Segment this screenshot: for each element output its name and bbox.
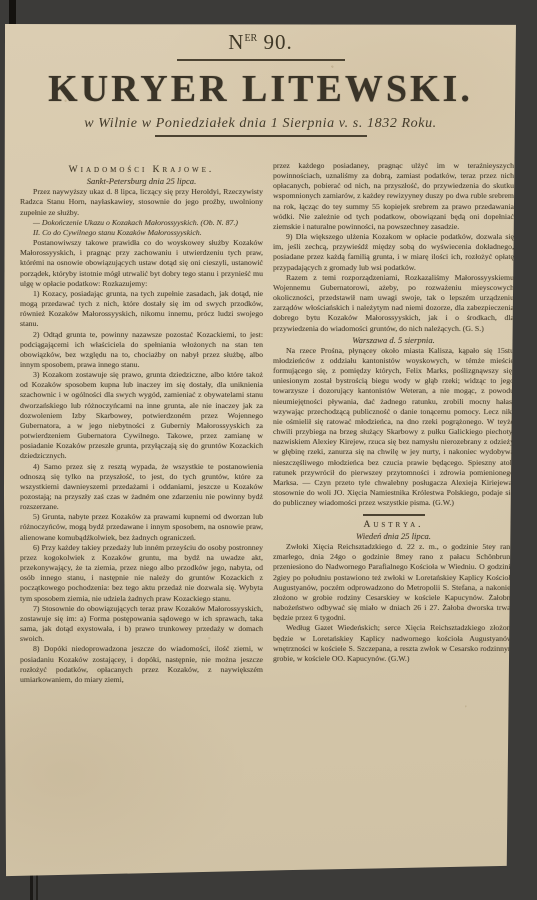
section-title: Austrya. — [273, 520, 514, 530]
newspaper-title: KURYER LITEWSKI. — [4, 67, 517, 111]
paragraph: 5) Grunta, nabyte przez Kozaków za prawa… — [20, 512, 263, 542]
paragraph: Razem z temi rozporządzeniami, Rozkazali… — [273, 273, 514, 334]
newspaper-scan: { "colors":{"background":"#3c3b39","pape… — [0, 0, 537, 900]
dateline: Sankt-Petersburg dnia 25 lipca. — [20, 176, 263, 186]
paragraph: 1) Kozacy, posiadając grunta, na tych zu… — [20, 289, 263, 330]
newspaper-page: NER 90. KURYER LITEWSKI. w Wilnie w Poni… — [4, 24, 517, 877]
paragraph: Według Gazet Wiedeńskich; serce Xięcia R… — [273, 623, 514, 664]
paragraph: 4) Samo przez się z resztą wypada, że ws… — [20, 462, 263, 513]
paragraph: Przez naywyższy ukaz d. 8 lipca, liczący… — [20, 187, 263, 217]
issue-number-superscript: ER — [244, 33, 257, 44]
paragraph: 8) Dopóki niedoprowadzona jeszcze do wia… — [20, 644, 263, 685]
masthead-rule — [177, 59, 345, 61]
issue-number: NER 90. — [4, 30, 517, 55]
paragraph: 7) Stosownie do obowiązujących teraz pra… — [20, 604, 263, 645]
left-column: Wiadomości Krajowe.Sankt-Petersburg dnia… — [20, 161, 263, 685]
paragraph: przez każdego posiadaney, pragnąc ulżyć … — [273, 161, 514, 232]
section-rule — [363, 514, 425, 516]
paragraph: 6) Przy każdey takiey przedaży lub inném… — [20, 543, 263, 604]
paragraph: 2) Odtąd grunta te, powinny nazawsze poz… — [20, 330, 263, 371]
paragraph: Postanowiwszy takowe prawidła co do woys… — [20, 238, 263, 289]
dateline: Wiedeń dnia 25 lipca. — [273, 531, 514, 541]
paragraph: Zwłoki Xięcia Reichsztadzkiego d. 22 z. … — [273, 542, 514, 623]
paragraph: Na rzece Prośna, płynącey około miasta K… — [273, 346, 514, 509]
dateline: Warszawa d. 5 sierpnia. — [273, 335, 514, 345]
para-italic: II. Co do Cywilnego stanu Kozaków Małoro… — [20, 228, 263, 238]
paragraph: 9) Dla większego ulżenia Kozakom w opłac… — [273, 232, 514, 273]
masthead-rule — [155, 135, 367, 137]
masthead: NER 90. KURYER LITEWSKI. w Wilnie w Poni… — [4, 30, 517, 137]
section-title: Wiadomości Krajowe. — [20, 165, 263, 175]
right-column: przez każdego posiadaney, pragnąc ulżyć … — [273, 161, 514, 664]
para-italic: — Dokończenie Ukazu o Kozakach Małorossy… — [20, 218, 263, 228]
newspaper-dateline: w Wilnie w Poniedziałek dnia 1 Sierpnia … — [4, 116, 517, 132]
paragraph: 3) Kozakom zostawuje się prawo, grunta d… — [20, 370, 263, 461]
